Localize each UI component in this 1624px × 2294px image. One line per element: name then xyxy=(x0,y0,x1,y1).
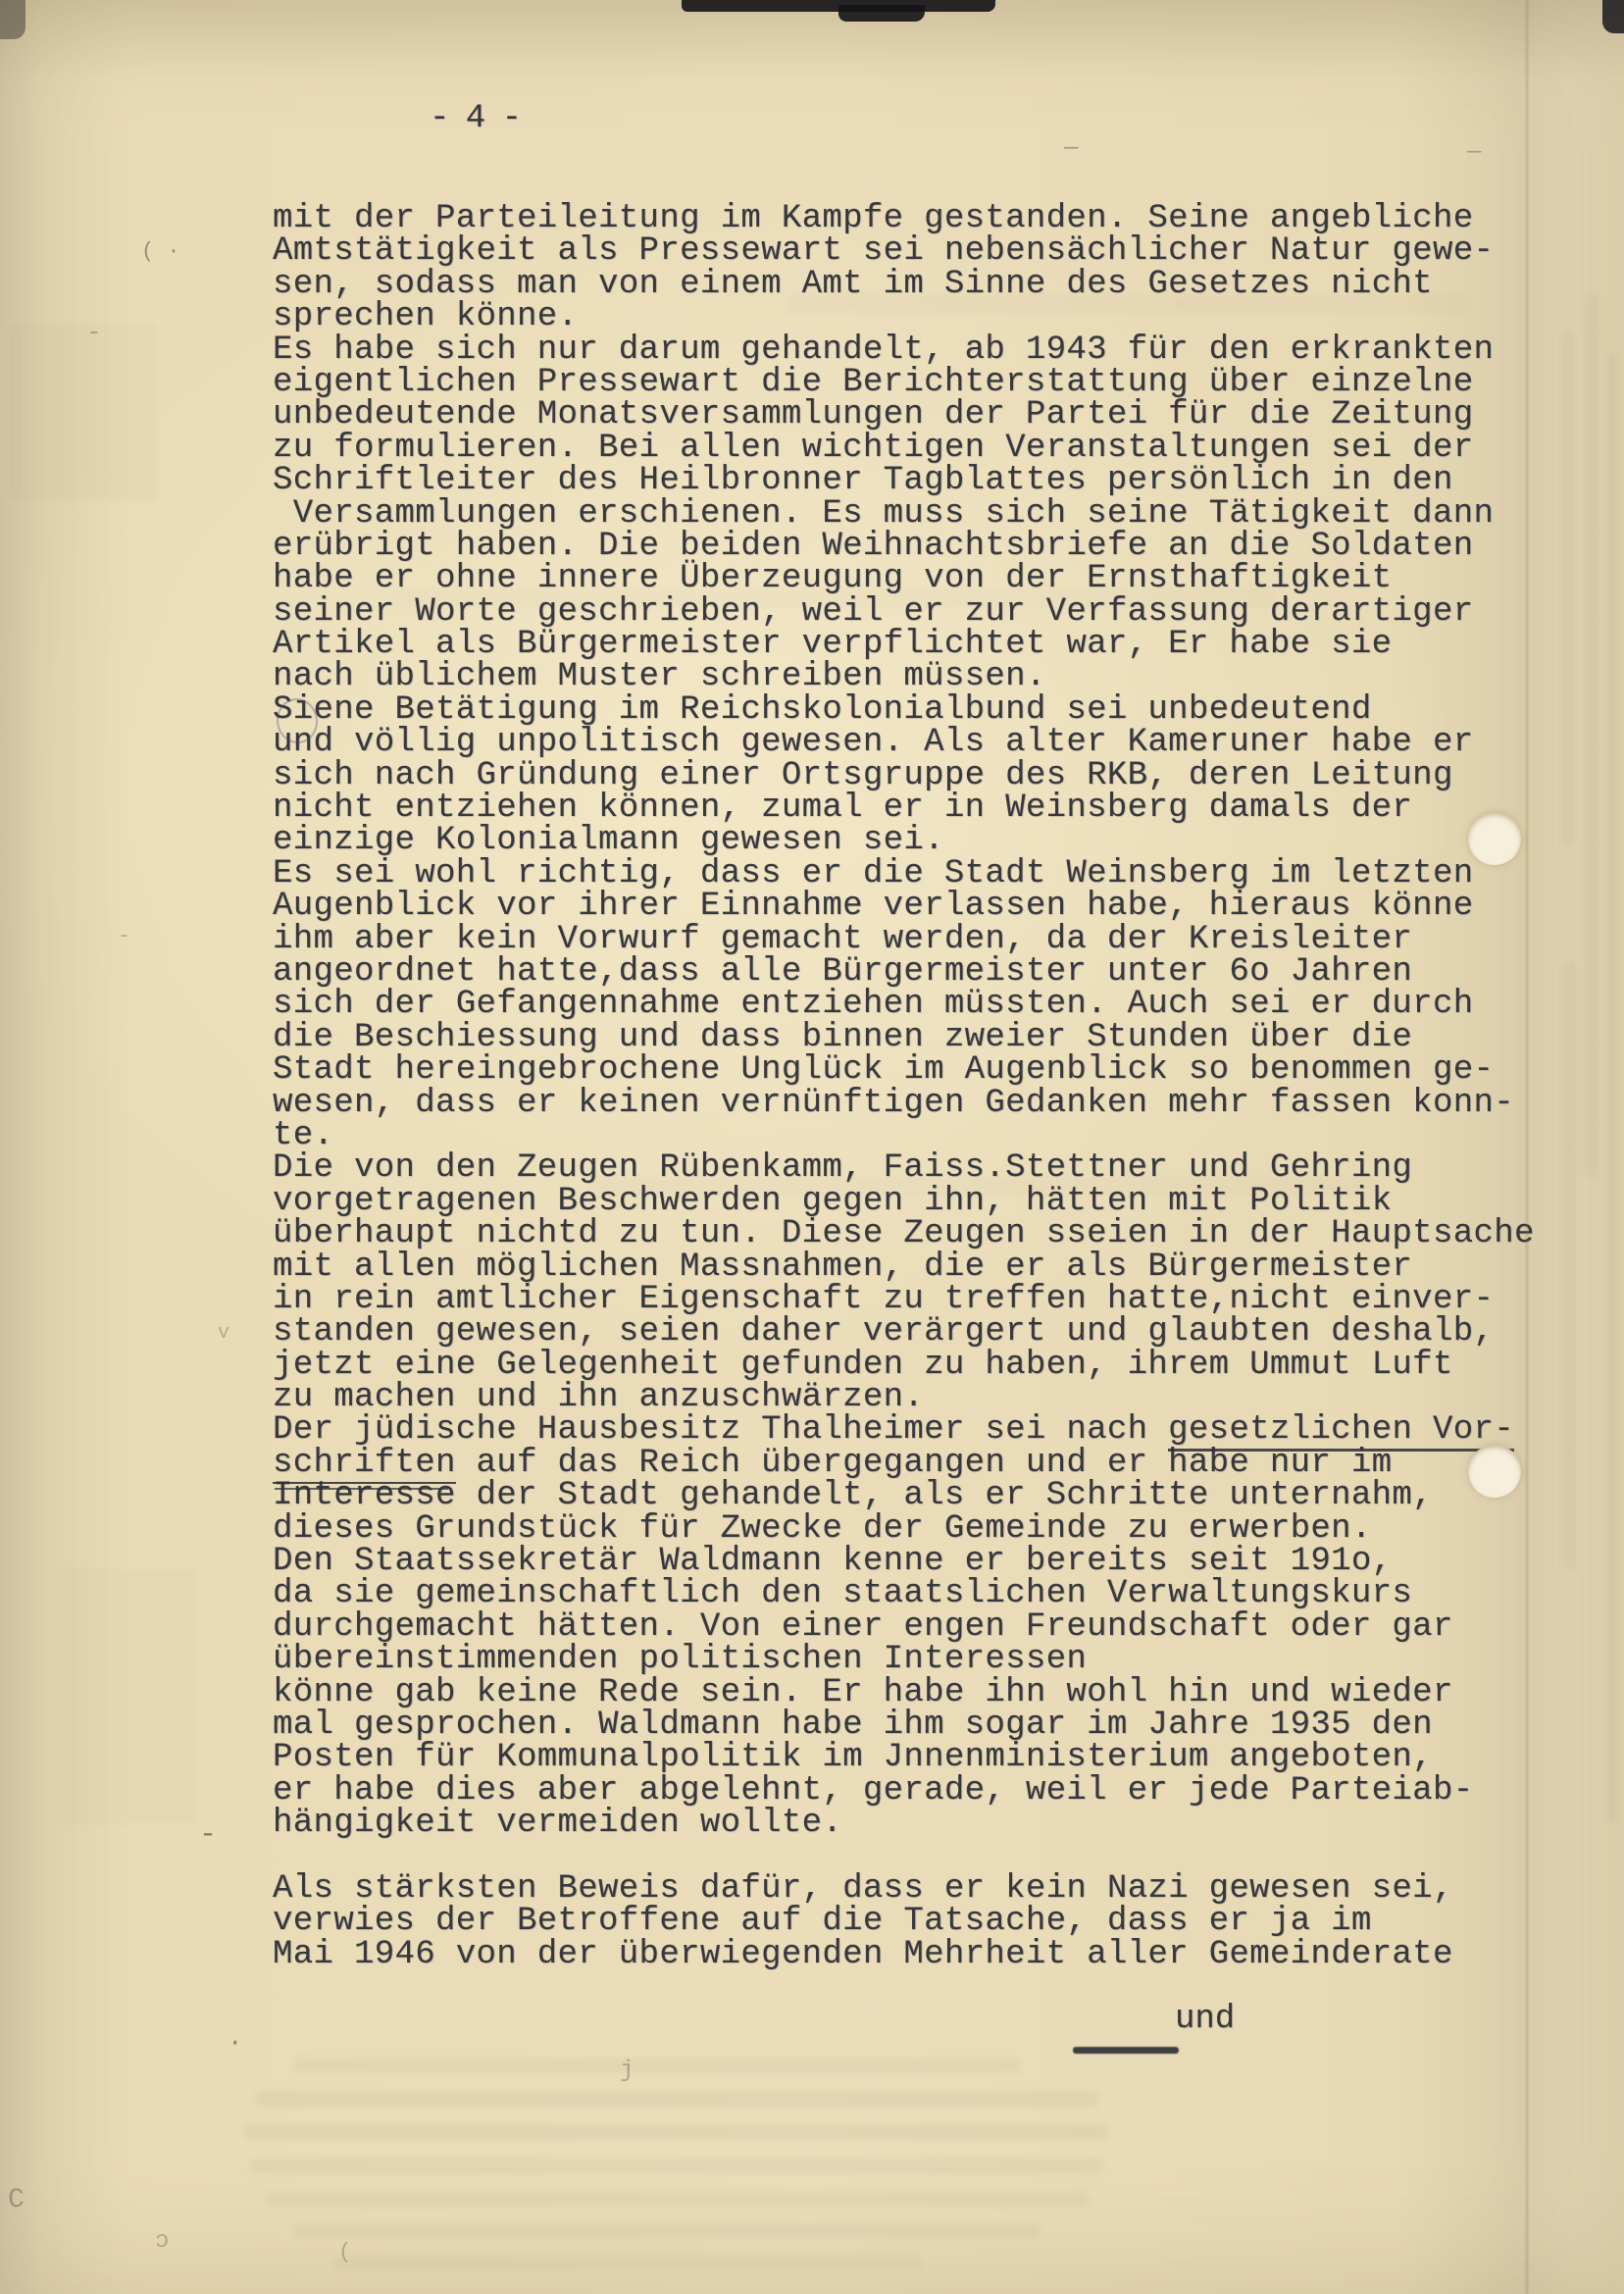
text-line: überhaupt nichtd zu tun. Diese Zeugen ss… xyxy=(273,1218,1577,1250)
text-line: verwies der Betroffene auf die Tatsache,… xyxy=(273,1906,1577,1938)
text-segment: Als stärksten Beweis dafür, dass er kein… xyxy=(273,1870,1453,1908)
text-line: die Beschiessung und dass binnen zweier … xyxy=(273,1022,1577,1054)
text-segment: könne gab keine Rede sein. Er habe ihn w… xyxy=(273,1674,1453,1711)
bleedthrough-smudge xyxy=(785,294,1471,314)
margin-mark: — xyxy=(1467,139,1481,166)
text-segment: überhaupt nichtd zu tun. Diese Zeugen ss… xyxy=(273,1215,1535,1252)
margin-mark: ( xyxy=(338,2240,351,2265)
blank-line xyxy=(273,1841,1577,1873)
text-segment: mit der Parteileitung im Kampfe gestande… xyxy=(273,200,1473,237)
text-line: übereinstimmenden politischen Interessen xyxy=(273,1644,1577,1676)
text-line: da sie gemeinschaftlich den staatslichen… xyxy=(273,1578,1577,1610)
text-segment: mal gesprochen. Waldmann habe ihm sogar … xyxy=(273,1707,1433,1744)
closing-underline-rule xyxy=(1073,2047,1179,2054)
text-line: mit der Parteileitung im Kampfe gestande… xyxy=(273,203,1577,235)
text-segment: Den Staatssekretär Waldmann kenne er ber… xyxy=(273,1543,1392,1580)
margin-mark: j xyxy=(620,2058,634,2084)
text-segment: einzige Kolonialmann gewesen sei. xyxy=(273,822,944,859)
margin-mark: - xyxy=(199,1818,217,1852)
underlined-text: schriften xyxy=(273,1445,456,1484)
text-segment: hängigkeit vermeiden wollte. xyxy=(273,1805,842,1842)
text-line: nach üblichem Muster schreiben müssen. xyxy=(273,661,1577,693)
text-segment: standen gewesen, seien daher verärgert u… xyxy=(273,1313,1494,1351)
text-line: erübrigt haben. Die beiden Weihnachtsbri… xyxy=(273,531,1577,563)
text-line: sich nach Gründung einer Ortsgruppe des … xyxy=(273,760,1577,792)
text-line: Es sei wohl richtig, dass er die Stadt W… xyxy=(273,858,1577,891)
text-segment: jetzt eine Gelegenheit gefunden zu haben… xyxy=(273,1347,1453,1384)
scan-dark-mark xyxy=(0,0,25,39)
margin-mark: — xyxy=(1064,135,1078,162)
page-number: - 4 - xyxy=(430,100,520,137)
text-line: jetzt eine Gelegenheit gefunden zu haben… xyxy=(273,1350,1577,1382)
text-line: eigentlichen Pressewart die Berichtersta… xyxy=(273,367,1577,399)
text-segment: Es sei wohl richtig, dass er die Stadt W… xyxy=(273,855,1473,892)
punch-hole xyxy=(1468,812,1521,865)
text-line: mit allen möglichen Massnahmen, die er a… xyxy=(273,1251,1577,1284)
margin-mark: C xyxy=(8,2185,25,2216)
text-line: Artikel als Bürgermeister verpflichtet w… xyxy=(273,629,1577,661)
text-segment: zu machen und ihn anzuschwärzen. xyxy=(273,1379,924,1416)
text-line: unbedeutende Monatsversammlungen der Par… xyxy=(273,399,1577,432)
text-line: durchgemacht hätten. Von einer engen Fre… xyxy=(273,1611,1577,1644)
text-line: sich der Gefangennahme entziehen müssten… xyxy=(273,989,1577,1021)
text-line: dieses Grundstück für Zwecke der Gemeind… xyxy=(273,1513,1577,1546)
text-segment: Artikel als Bürgermeister verpflichtet w… xyxy=(273,626,1392,663)
text-line: Den Staatssekretär Waldmann kenne er ber… xyxy=(273,1546,1577,1578)
text-line: Schriftleiter des Heilbronner Tagblattes… xyxy=(273,465,1577,497)
text-segment: übereinstimmenden politischen Interessen xyxy=(273,1641,1087,1678)
bleedthrough-smudge xyxy=(10,324,157,500)
text-segment: sprechen könne. xyxy=(273,298,578,335)
text-line: zu formulieren. Bei allen wichtigen Vera… xyxy=(273,433,1577,465)
text-segment: eigentlichen Pressewart die Berichtersta… xyxy=(273,364,1473,401)
text-line: te. xyxy=(273,1120,1577,1152)
text-line: und völlig unpolitisch gewesen. Als alte… xyxy=(273,727,1577,759)
text-line: Amtstätigkeit als Pressewart sei nebensä… xyxy=(273,235,1577,268)
text-segment: Stadt hereingebrochene Unglück im Augenb… xyxy=(273,1051,1494,1089)
text-segment: Posten für Kommunalpolitik im Jnnenminis… xyxy=(273,1739,1433,1776)
bleedthrough-smudge xyxy=(250,2158,1103,2173)
text-segment: da sie gemeinschaftlich den staatslichen… xyxy=(273,1575,1412,1612)
text-segment: unbedeutende Monatsversammlungen der Par… xyxy=(273,396,1473,433)
margin-mark: · xyxy=(228,2028,243,2058)
text-segment: die Beschiessung und dass binnen zweier … xyxy=(273,1019,1412,1056)
text-line: schriften auf das Reich übergegangen und… xyxy=(273,1448,1577,1480)
bleedthrough-smudge xyxy=(588,1177,1373,1197)
text-line: Posten für Kommunalpolitik im Jnnenminis… xyxy=(273,1742,1577,1774)
margin-mark: ɔ xyxy=(155,2228,169,2255)
text-line: ihm aber kein Vorwurf gemacht werden, da… xyxy=(273,924,1577,956)
text-line: er habe dies aber abgelehnt, gerade, wei… xyxy=(273,1775,1577,1808)
text-line: zu machen und ihn anzuschwärzen. xyxy=(273,1382,1577,1414)
scanned-document-page: - 4 - mit der Parteileitung im Kampfe ge… xyxy=(0,0,1624,2294)
text-segment: Mai 1946 von der überwiegenden Mehrheit … xyxy=(273,1936,1453,1973)
text-segment: Siene Betätigung im Reichskolonialbund s… xyxy=(273,691,1372,729)
text-line: mal gesprochen. Waldmann habe ihm sogar … xyxy=(273,1709,1577,1742)
scan-dark-mark xyxy=(838,5,925,22)
bleedthrough-smudge xyxy=(1563,961,1577,1569)
bleedthrough-smudge xyxy=(59,1569,196,1824)
text-line: Siene Betätigung im Reichskolonialbund s… xyxy=(273,694,1577,727)
text-line: Als stärksten Beweis dafür, dass er kein… xyxy=(273,1873,1577,1906)
text-segment: Augenblick vor ihrer Einnahme verlassen … xyxy=(273,888,1473,925)
bleedthrough-smudge xyxy=(1585,294,1599,1177)
scan-dark-mark xyxy=(1602,0,1624,33)
text-segment: in rein amtlicher Eigenschaft zu treffen… xyxy=(273,1281,1494,1318)
text-segment: sich nach Gründung einer Ortsgruppe des … xyxy=(273,757,1453,794)
paper-crease xyxy=(1526,0,1528,2294)
text-line: angeordnet hatte,dass alle Bürgermeister… xyxy=(273,956,1577,989)
bleedthrough-smudge xyxy=(255,2091,1098,2107)
closing-word: und xyxy=(1175,2001,1235,2038)
text-segment: nach üblichem Muster schreiben müssen. xyxy=(273,658,1046,695)
margin-mark: v xyxy=(218,1322,229,1345)
text-line: könne gab keine Rede sein. Er habe ihn w… xyxy=(273,1677,1577,1709)
punch-hole xyxy=(1468,1445,1521,1498)
text-line: einzige Kolonialmann gewesen sei. xyxy=(273,825,1577,857)
text-segment: und völlig unpolitisch gewesen. Als alte… xyxy=(273,724,1473,761)
bleedthrough-smudge xyxy=(1561,333,1575,843)
text-line: Versammlungen erschienen. Es muss sich s… xyxy=(273,498,1577,531)
text-segment: sich der Gefangennahme entziehen müssten… xyxy=(273,986,1473,1023)
text-segment: Schriftleiter des Heilbronner Tagblattes… xyxy=(273,462,1453,499)
bleedthrough-smudge xyxy=(1606,353,1618,1824)
text-segment: verwies der Betroffene auf die Tatsache,… xyxy=(273,1903,1372,1940)
text-line: Der jüdische Hausbesitz Thalheimer sei n… xyxy=(273,1414,1577,1447)
text-line: Interesse der Stadt gehandelt, als er Sc… xyxy=(273,1480,1577,1512)
text-line: wesen, dass er keinen vernünftigen Gedan… xyxy=(273,1088,1577,1120)
bleedthrough-smudge xyxy=(245,2124,1108,2140)
bleedthrough-smudge xyxy=(294,2058,1020,2073)
bleedthrough-smudge xyxy=(392,588,1275,608)
text-segment: Versammlungen erschienen. Es muss sich s… xyxy=(273,495,1494,533)
bleedthrough-smudge xyxy=(265,2191,1089,2207)
text-line: in rein amtlicher Eigenschaft zu treffen… xyxy=(273,1284,1577,1316)
text-segment: dieses Grundstück für Zwecke der Gemeind… xyxy=(273,1510,1372,1548)
bleedthrough-smudge xyxy=(294,2224,1040,2238)
text-segment: nicht entziehen können, zumal er in Wein… xyxy=(273,790,1412,827)
text-line: standen gewesen, seien daher verärgert u… xyxy=(273,1316,1577,1349)
text-line: hängigkeit vermeiden wollte. xyxy=(273,1808,1577,1840)
text-line: Stadt hereingebrochene Unglück im Augenb… xyxy=(273,1054,1577,1087)
text-line: Augenblick vor ihrer Einnahme verlassen … xyxy=(273,891,1577,923)
text-segment: mit allen möglichen Massnahmen, die er a… xyxy=(273,1249,1412,1286)
text-segment: er habe dies aber abgelehnt, gerade, wei… xyxy=(273,1772,1473,1810)
text-line: nicht entziehen können, zumal er in Wein… xyxy=(273,792,1577,825)
text-segment: angeordnet hatte,dass alle Bürgermeister… xyxy=(273,953,1412,991)
text-segment: Es habe sich nur darum gehandelt, ab 194… xyxy=(273,331,1494,369)
text-line: Es habe sich nur darum gehandelt, ab 194… xyxy=(273,334,1577,367)
text-segment: zu formulieren. Bei allen wichtigen Vera… xyxy=(273,430,1473,467)
text-segment: durchgemacht hätten. Von einer engen Fre… xyxy=(273,1608,1453,1646)
text-segment: wesen, dass er keinen vernünftigen Gedan… xyxy=(273,1085,1514,1122)
margin-mark: ( · xyxy=(141,239,180,264)
text-segment: Der jüdische Hausbesitz Thalheimer sei n… xyxy=(273,1411,1168,1449)
text-segment: auf das Reich übergegangen und er habe n… xyxy=(456,1445,1393,1482)
text-segment: Amtstätigkeit als Pressewart sei nebensä… xyxy=(273,232,1494,270)
text-line: Mai 1946 von der überwiegenden Mehrheit … xyxy=(273,1939,1577,1971)
text-segment: ihm aber kein Vorwurf gemacht werden, da… xyxy=(273,921,1412,958)
margin-mark: - xyxy=(86,318,102,347)
margin-mark: - xyxy=(118,924,130,948)
typewritten-text-block: mit der Parteileitung im Kampfe gestande… xyxy=(273,203,1577,1971)
bleedthrough-smudge xyxy=(333,2256,922,2269)
text-segment: te. xyxy=(273,1117,333,1154)
